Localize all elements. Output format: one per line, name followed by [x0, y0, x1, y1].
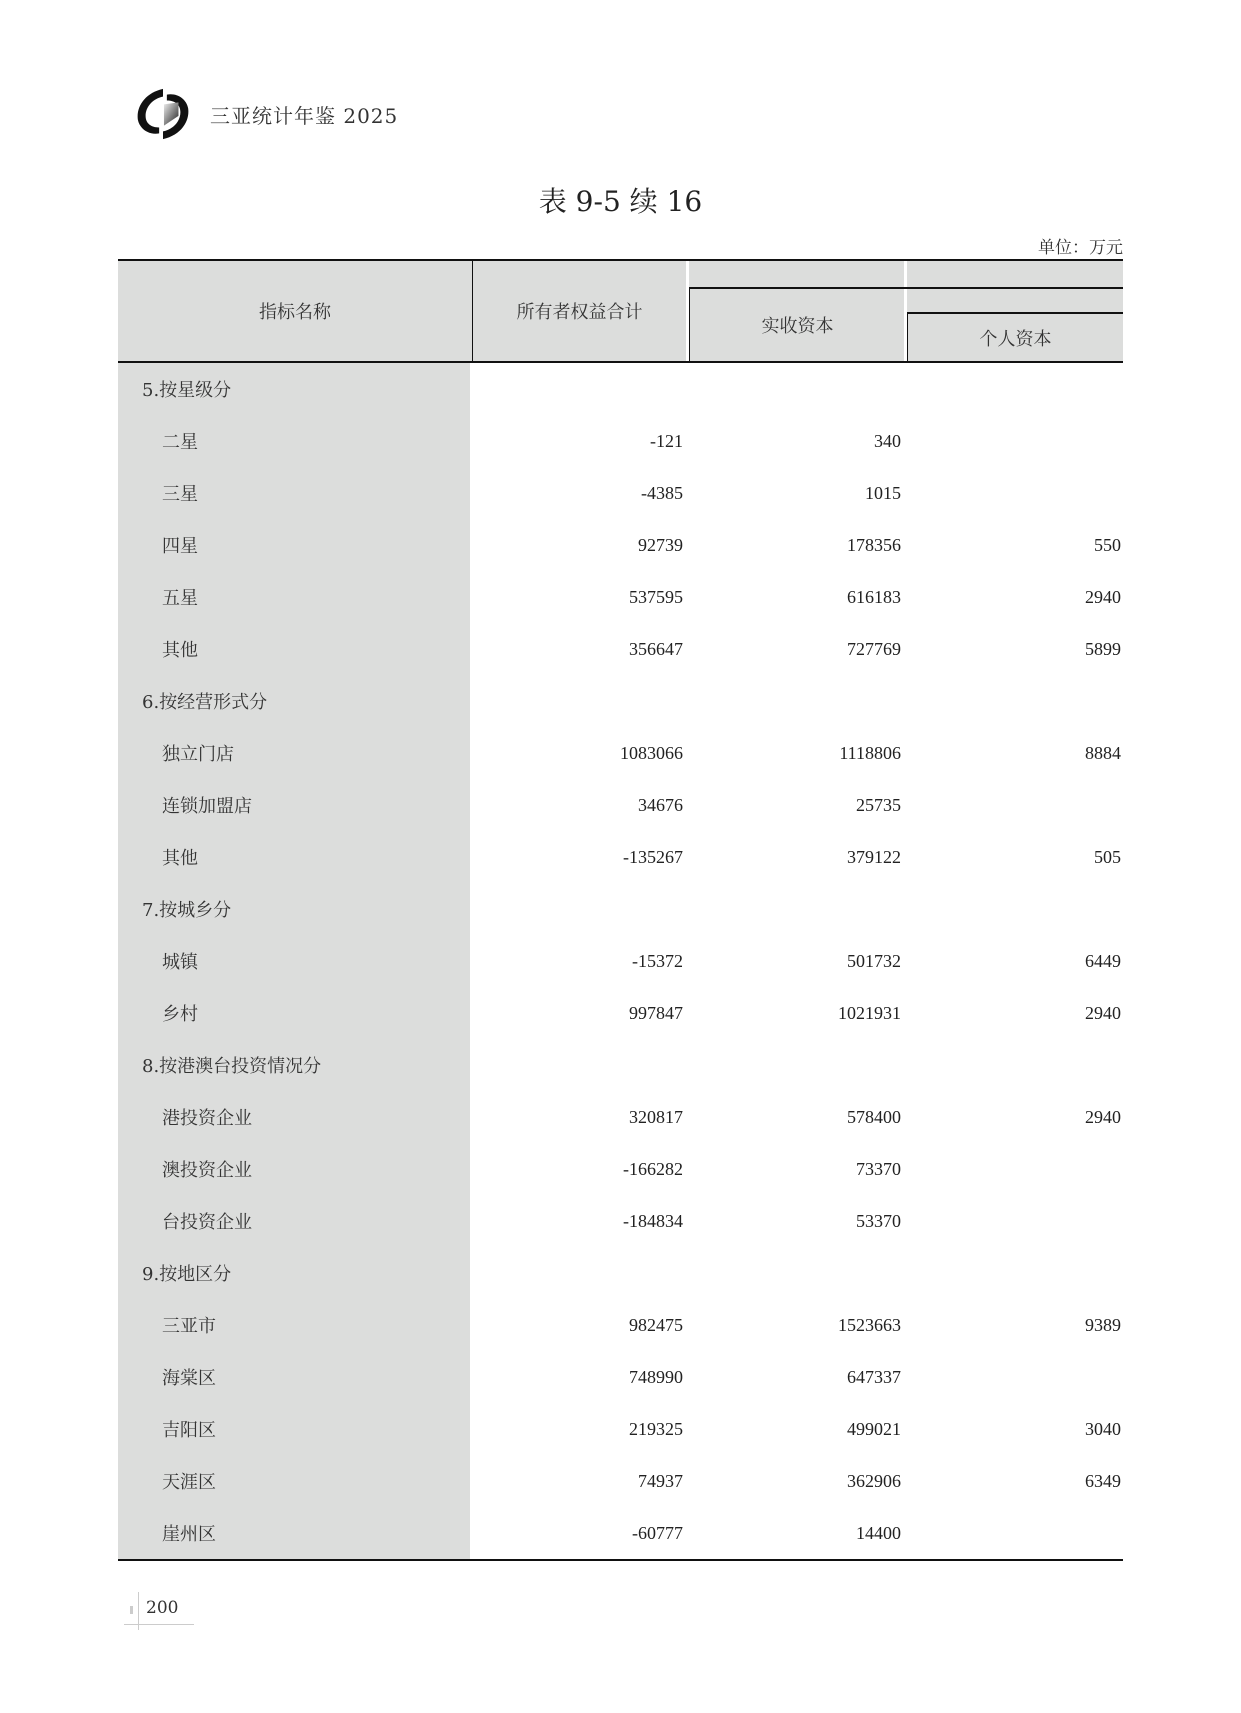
paid-in-capital-cell: 25735	[118, 795, 901, 816]
table-row: 海棠区748990647337	[118, 1351, 1123, 1403]
personal-capital-cell: 2940	[118, 1003, 1121, 1024]
section-row: 8.按港澳台投资情况分	[118, 1039, 1123, 1091]
page-number: 200	[146, 1598, 178, 1618]
personal-capital-cell: 9389	[118, 1315, 1121, 1336]
unit-label: 单位：万元	[1038, 233, 1123, 258]
personal-capital-cell: 3040	[118, 1419, 1121, 1440]
data-table: 指标名称 所有者权益合计 实收资本 个人资本 5.按星级分二星-121340三星…	[118, 259, 1123, 1561]
personal-capital-cell: 8884	[118, 743, 1121, 764]
column-header-personal-capital: 个人资本	[907, 314, 1123, 361]
row-label: 6.按经营形式分	[118, 688, 470, 714]
footer-rule	[124, 1624, 194, 1625]
table-row: 三星-43851015	[118, 467, 1123, 519]
row-label: 8.按港澳台投资情况分	[118, 1052, 470, 1078]
row-label: 9.按地区分	[118, 1260, 470, 1286]
table-row: 独立门店108306611188068884	[118, 727, 1123, 779]
personal-capital-cell: 6449	[118, 951, 1121, 972]
book-title: 三亚统计年鉴 2025	[210, 100, 398, 129]
column-header-paid-in-capital: 实收资本	[689, 289, 905, 361]
table-row: 四星92739178356550	[118, 519, 1123, 571]
paid-in-capital-cell: 1015	[118, 483, 901, 504]
table-header: 指标名称 所有者权益合计 实收资本 个人资本	[118, 259, 1123, 363]
section-row: 6.按经营形式分	[118, 675, 1123, 727]
paid-in-capital-cell: 53370	[118, 1211, 901, 1232]
table-row: 其他3566477277695899	[118, 623, 1123, 675]
table-row: 五星5375956161832940	[118, 571, 1123, 623]
paid-in-capital-cell: 647337	[118, 1367, 901, 1388]
table-row: 二星-121340	[118, 415, 1123, 467]
table-row: 城镇-153725017326449	[118, 935, 1123, 987]
table-title: 表 9-5 续 16	[0, 180, 1241, 220]
paid-in-capital-cell: 340	[118, 431, 901, 452]
page-header: 三亚统计年鉴 2025	[134, 84, 398, 144]
personal-capital-cell: 505	[118, 847, 1121, 868]
personal-capital-cell: 6349	[118, 1471, 1121, 1492]
table-row: 其他-135267379122505	[118, 831, 1123, 883]
personal-capital-cell: 5899	[118, 639, 1121, 660]
paid-in-capital-cell: 73370	[118, 1159, 901, 1180]
table-row: 天涯区749373629066349	[118, 1455, 1123, 1507]
table-row: 连锁加盟店3467625735	[118, 779, 1123, 831]
column-header-equity-total: 所有者权益合计	[473, 261, 686, 361]
table-row: 澳投资企业-16628273370	[118, 1143, 1123, 1195]
table-row: 台投资企业-18483453370	[118, 1195, 1123, 1247]
table-row: 吉阳区2193254990213040	[118, 1403, 1123, 1455]
paid-in-capital-cell: 14400	[118, 1523, 901, 1544]
table-row: 港投资企业3208175784002940	[118, 1091, 1123, 1143]
page-footer: 200	[124, 1592, 194, 1632]
footer-mark	[130, 1606, 133, 1614]
personal-capital-cell: 550	[118, 535, 1121, 556]
statistics-logo-icon	[134, 85, 192, 143]
table-row: 乡村99784710219312940	[118, 987, 1123, 1039]
personal-capital-cell: 2940	[118, 587, 1121, 608]
table-row: 崖州区-6077714400	[118, 1507, 1123, 1559]
row-label: 7.按城乡分	[118, 896, 470, 922]
section-row: 7.按城乡分	[118, 883, 1123, 935]
section-row: 5.按星级分	[118, 363, 1123, 415]
column-header-name: 指标名称	[118, 261, 473, 361]
section-row: 9.按地区分	[118, 1247, 1123, 1299]
row-label: 5.按星级分	[118, 376, 470, 402]
table-row: 三亚市98247515236639389	[118, 1299, 1123, 1351]
table-body: 5.按星级分二星-121340三星-43851015四星927391783565…	[118, 363, 1123, 1561]
personal-capital-cell: 2940	[118, 1107, 1121, 1128]
